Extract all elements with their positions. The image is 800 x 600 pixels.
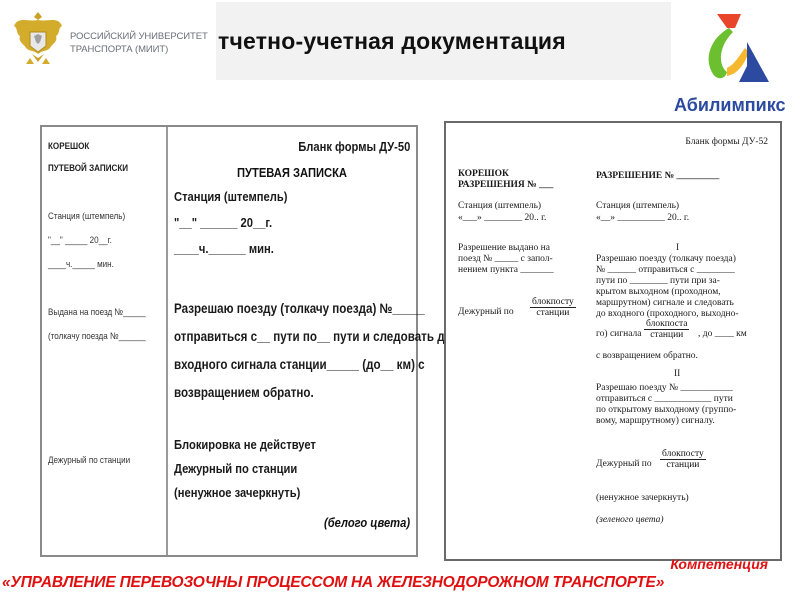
du52-section1-signal-den: станции xyxy=(644,330,689,340)
du50-form-name: Бланк формы ДУ-50 xyxy=(298,139,410,154)
du50-block-note: Блокировка не действует xyxy=(174,437,316,452)
du52-section2-num: II xyxy=(674,369,680,379)
du50-date: "__" ______ 20__г. xyxy=(174,215,272,230)
du50-main: Бланк формы ДУ-50 ПУТЕВАЯ ЗАПИСКА Станци… xyxy=(168,127,416,555)
university-name-line2: ТРАНСПОРТА (МИИТ) xyxy=(70,43,208,56)
form-du50: КОРЕШОК ПУТЕВОЙ ЗАПИСКИ Станция (штемпел… xyxy=(40,125,418,557)
du50-stub-time: ____ч._____ мин. xyxy=(48,259,114,270)
du52-section1-line: до входного (проходного, выходно- xyxy=(596,309,739,319)
du50-permit-line: входного сигнала станции_____ (до__ км) … xyxy=(174,357,425,372)
competence-name: «УПРАВЛЕНИЕ ПЕРЕВОЗОЧНЫ ПРОЦЕССОМ НА ЖЕЛ… xyxy=(2,574,664,592)
university-logo: РОССИЙСКИЙ УНИВЕРСИТЕТ ТРАНСПОРТА (МИИТ) xyxy=(0,2,216,80)
du50-time: ____ч.______ мин. xyxy=(174,241,274,256)
du52-stub-title1: КОРЕШОК xyxy=(458,169,509,179)
du52-duty-den: станции xyxy=(660,460,706,470)
university-name-line1: РОССИЙСКИЙ УНИВЕРСИТЕТ xyxy=(70,30,208,43)
du52-duty-num: блокпосту xyxy=(660,449,706,460)
du52-title: РАЗРЕШЕНИЕ № _________ xyxy=(596,171,719,181)
abilympics-label: Абилимпикс xyxy=(674,95,785,116)
du50-stub-station: Станция (штемпель) xyxy=(48,211,125,222)
du50-duty: Дежурный по станции xyxy=(174,461,297,476)
du52-duty-fraction: блокпосту станции xyxy=(660,449,706,470)
abilympics-icon xyxy=(695,8,775,88)
du52-stub-date: «___» ________ 20.. г. xyxy=(458,213,546,223)
du52-stub-station: Станция (штемпель) xyxy=(458,201,541,211)
du52-form-name: Бланк формы ДУ-52 xyxy=(685,137,768,147)
du52-section2-line: вому, маршрутному) сигналу. xyxy=(596,416,715,426)
du52-section1-signal-fraction: блокпоста станции xyxy=(644,319,689,340)
du50-stub-title1: КОРЕШОК xyxy=(48,141,89,152)
du52-strike-note: (ненужное зачеркнуть) xyxy=(596,493,689,503)
du52-stub-duty-den: станции xyxy=(530,308,576,318)
du50-stub-duty: Дежурный по станции xyxy=(48,455,130,466)
du50-station: Станция (штемпель) xyxy=(174,189,287,204)
du50-stub-issued: Выдана на поезд №_____ xyxy=(48,307,146,318)
du52-section1-line: крытом выходном (проходном, xyxy=(596,287,721,297)
page-title: тчетно-учетная документация xyxy=(218,28,566,55)
du52-stub-duty-fraction: блокпосту станции xyxy=(530,297,576,318)
coat-of-arms-icon xyxy=(12,8,64,72)
du52-section1-line: Разрешаю поезду (толкачу поезда) xyxy=(596,254,736,264)
du52-stub-issued-line: Разрешение выдано на xyxy=(458,243,550,253)
du52-section1-line: маршрутном) сигнале и следовать xyxy=(596,298,734,308)
du50-color-note: (белого цвета) xyxy=(324,515,410,530)
du52-section2-line: отправиться с ____________ пути xyxy=(596,394,733,404)
du52-stub-title2: РАЗРЕШЕНИЯ № ___ xyxy=(458,180,553,190)
du52-section1-signal-pre: го) сигнала xyxy=(596,329,642,339)
du52-section1-num: I xyxy=(676,243,679,253)
du50-permit-line: отправиться с__ пути по__ пути и следова… xyxy=(174,329,452,344)
du50-stub: КОРЕШОК ПУТЕВОЙ ЗАПИСКИ Станция (штемпел… xyxy=(42,127,168,555)
du50-stub-title2: ПУТЕВОЙ ЗАПИСКИ xyxy=(48,163,128,174)
du52-section2-line: по открытому выходному (группо- xyxy=(596,405,736,415)
du52-section1-signal-post: , до ____ км xyxy=(698,329,747,339)
du52-stub-issued-line: поезд № _____ с запол- xyxy=(458,254,553,264)
du50-heading: ПУТЕВАЯ ЗАПИСКА xyxy=(185,165,398,180)
du50-stub-pusher: (толкачу поезда №______ xyxy=(48,331,146,342)
du52-section1-line: № ______ отправиться с ________ xyxy=(596,265,735,275)
du52-date: «__» __________ 20.. г. xyxy=(596,213,689,223)
du52-stub-duty-label: Дежурный по xyxy=(458,307,514,317)
competence-label: Компетенция xyxy=(670,556,768,572)
du50-stub-date: "__" _____ 20__г. xyxy=(48,235,112,246)
du50-permit-line: Разрешаю поезду (толкачу поезда) №_____ xyxy=(174,301,425,316)
du50-strike-note: (ненужное зачеркнуть) xyxy=(174,485,300,500)
du52-section1-return: с возвращением обратно. xyxy=(596,351,698,361)
du52-station: Станция (штемпель) xyxy=(596,201,679,211)
du52-stub-duty-num: блокпосту xyxy=(530,297,576,308)
du52-color-note: (зеленого цвета) xyxy=(596,515,664,525)
du52-stub-issued-line: нением пункта _______ xyxy=(458,265,554,275)
du52-section1-signal-num: блокпоста xyxy=(644,319,689,330)
du52-section1-line: пути по ________ пути при за- xyxy=(596,276,720,286)
form-du52: Бланк формы ДУ-52 КОРЕШОК РАЗРЕШЕНИЯ № _… xyxy=(444,121,782,561)
du50-permit-line: возвращением обратно. xyxy=(174,385,314,400)
du52-duty-label: Дежурный по xyxy=(596,459,652,469)
du52-section2-line: Разрешаю поезду № ___________ xyxy=(596,383,733,393)
